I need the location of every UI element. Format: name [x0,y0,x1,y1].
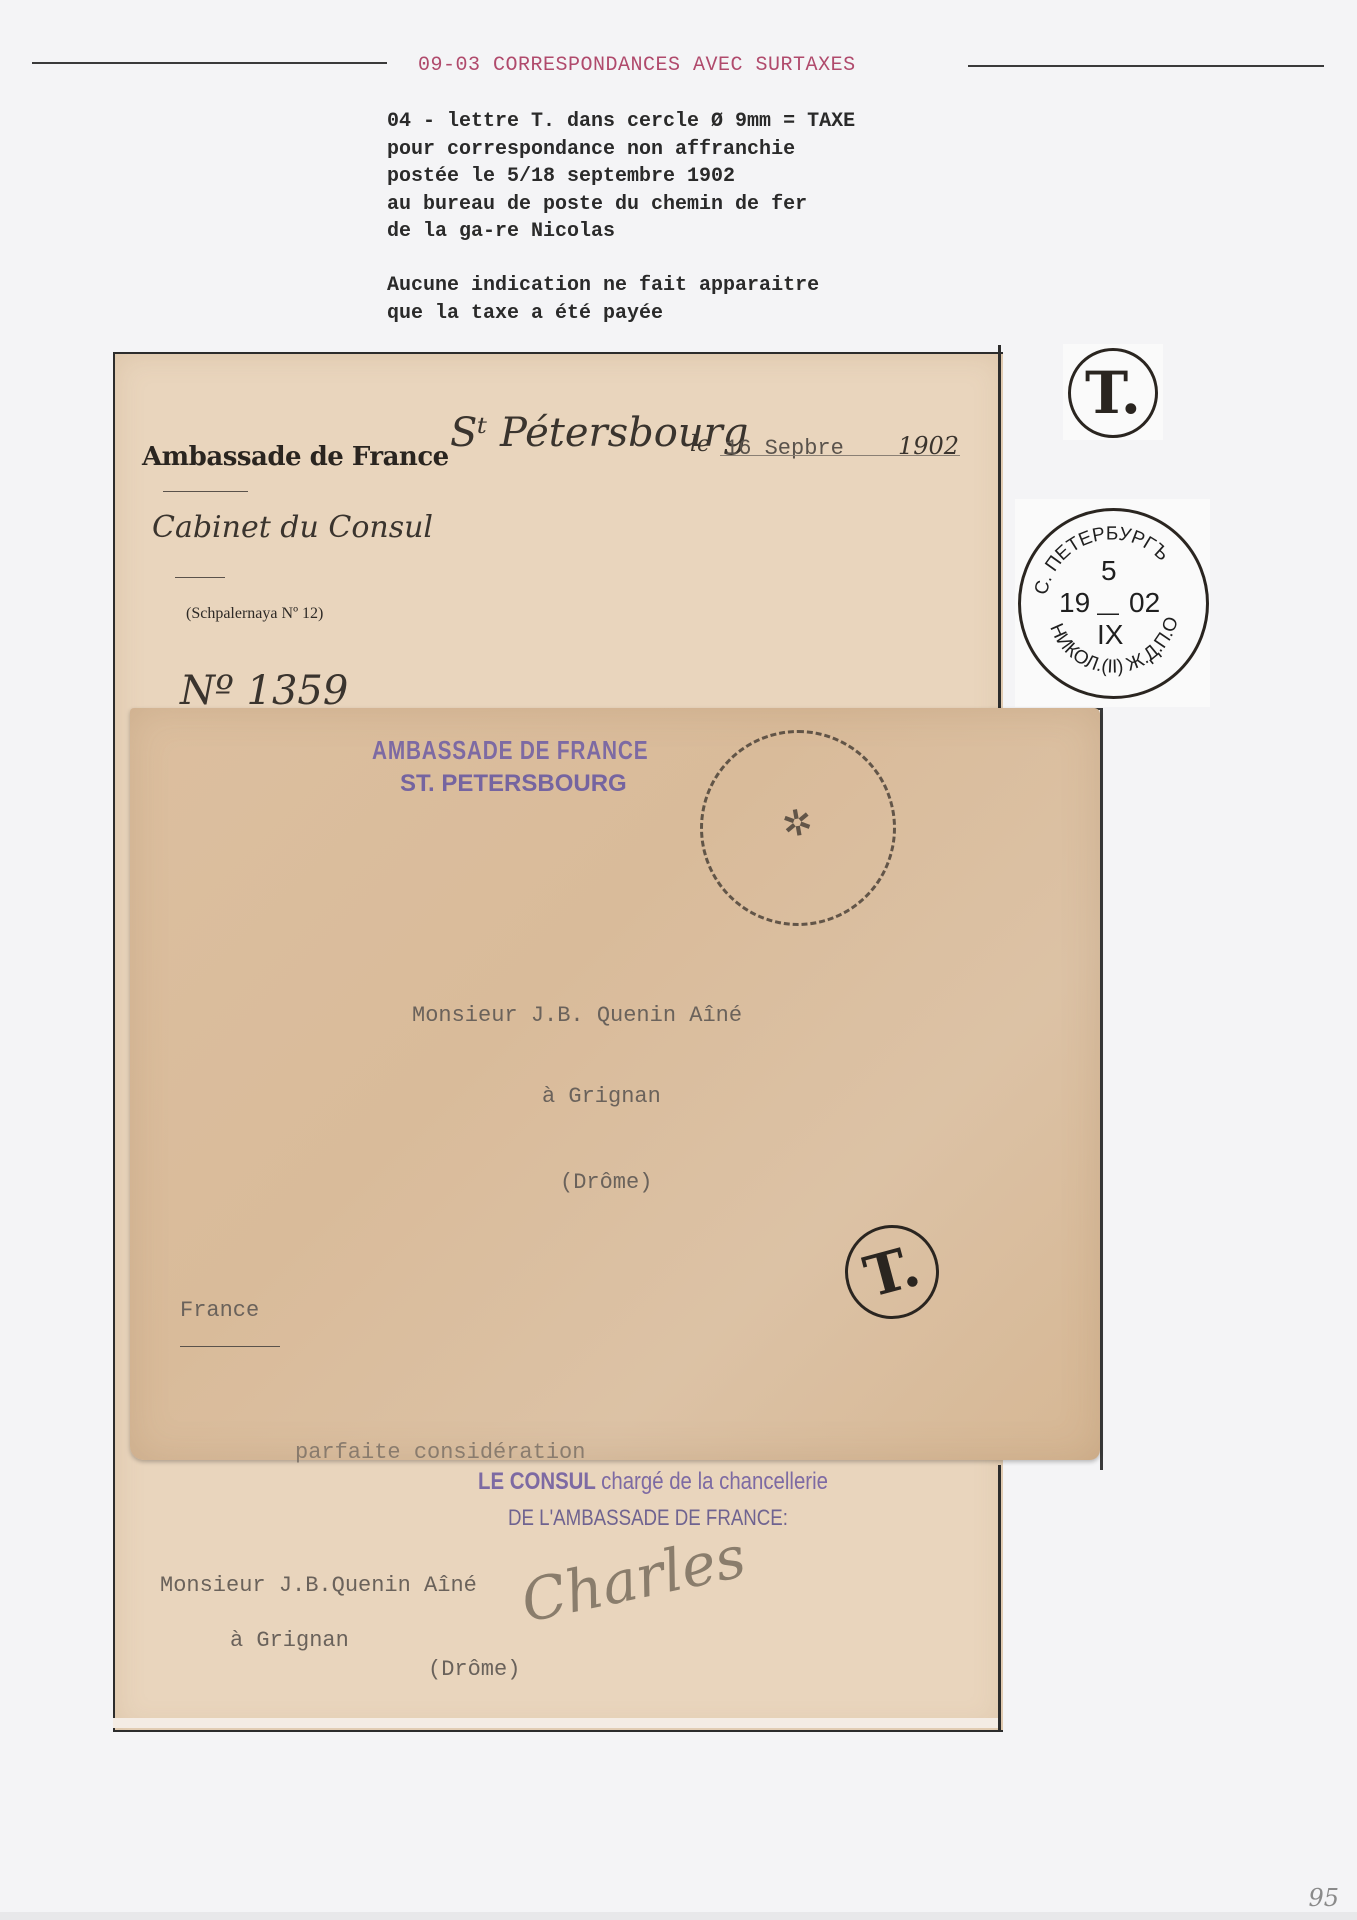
postmark-month: IX [1097,619,1123,651]
description-line-4: au bureau de poste du chemin de fer [387,191,807,219]
description-line-5: de la ga-re Nicolas [387,218,615,246]
letter-frame-edge-lower [998,1465,1001,1730]
scan-bottom-edge [0,1912,1357,1920]
letter-partial-text: parfaite considération [295,1440,585,1465]
consul-stamp-rest: chargé de la chancellerie [601,1468,828,1495]
consul-stamp-line-2: DE L'AMBASSADE DE FRANCE: [508,1505,788,1531]
sender-stamp-line-1: AMBASSADE DE FRANCE [372,735,648,766]
header-rule-left [32,62,387,64]
postmark-day: 5 [1101,555,1117,587]
tax-mark-detail: T. [1068,348,1158,438]
ornament-divider [163,491,248,492]
envelope-country: France [180,1298,259,1323]
description-line-2: pour correspondance non affranchie [387,136,795,164]
tax-mark-letter: T. [1085,359,1141,427]
page-number: 95 [1308,1884,1339,1912]
letter-bottom-edge [113,1718,998,1728]
letter-date: 16 Sepbre [725,436,844,461]
envelope-tax-mark-letter: T. [857,1233,926,1311]
postmark-star-icon: ✲ [771,801,821,844]
envelope-recipient-name: Monsieur J.B. Quenin Aîné [412,1003,742,1028]
letter-recipient-name: Monsieur J.B.Quenin Aîné [160,1573,477,1598]
page-title: 09-03 CORRESPONDANCES AVEC SURTAXES [418,54,856,77]
date-dotted-line [720,455,960,456]
country-underline [180,1346,280,1347]
envelope-recipient-city: à Grignan [542,1084,661,1109]
consul-stamp-line-1: LE CONSUL chargé de la chancellerie [478,1468,828,1496]
description-line-1: 04 - lettre T. dans cercle Ø 9mm = TAXE [387,108,855,136]
letterhead-subtitle: Cabinet du Consul [152,510,433,545]
description-line-3: postée le 5/18 septembre 1902 [387,163,735,191]
header-rule-right [968,65,1324,67]
postmark-year-right: 02 [1129,587,1160,619]
letterhead-address: (Schpalernaya Nº 12) [186,605,323,623]
letter-recipient-city: à Grignan [230,1628,349,1653]
envelope-postmark: ✲ [700,730,896,926]
letterhead-title: Ambassade de France [142,442,449,472]
envelope-recipient-region: (Drôme) [560,1170,652,1195]
consul-stamp-bold: LE CONSUL [478,1468,595,1495]
note-line-2: que la taxe a été payée [387,300,663,328]
postmark-detail: С. ПЕТЕРБУРГЪ НИКОЛ.(II) Ж.Д.П.О. 5 19 —… [1018,508,1209,699]
letter-recipient-region: (Drôme) [428,1657,520,1682]
note-line-1: Aucune indication ne fait apparaitre [387,272,819,300]
ornament-divider-small [175,577,225,578]
sender-stamp-line-2: ST. PETERSBOURG [400,770,627,798]
letter-frame-edge [998,345,1001,713]
letter-date-prefix: le [690,432,710,457]
envelope-frame-right [1100,708,1103,1470]
postmark-year-left: 19 [1059,587,1090,619]
